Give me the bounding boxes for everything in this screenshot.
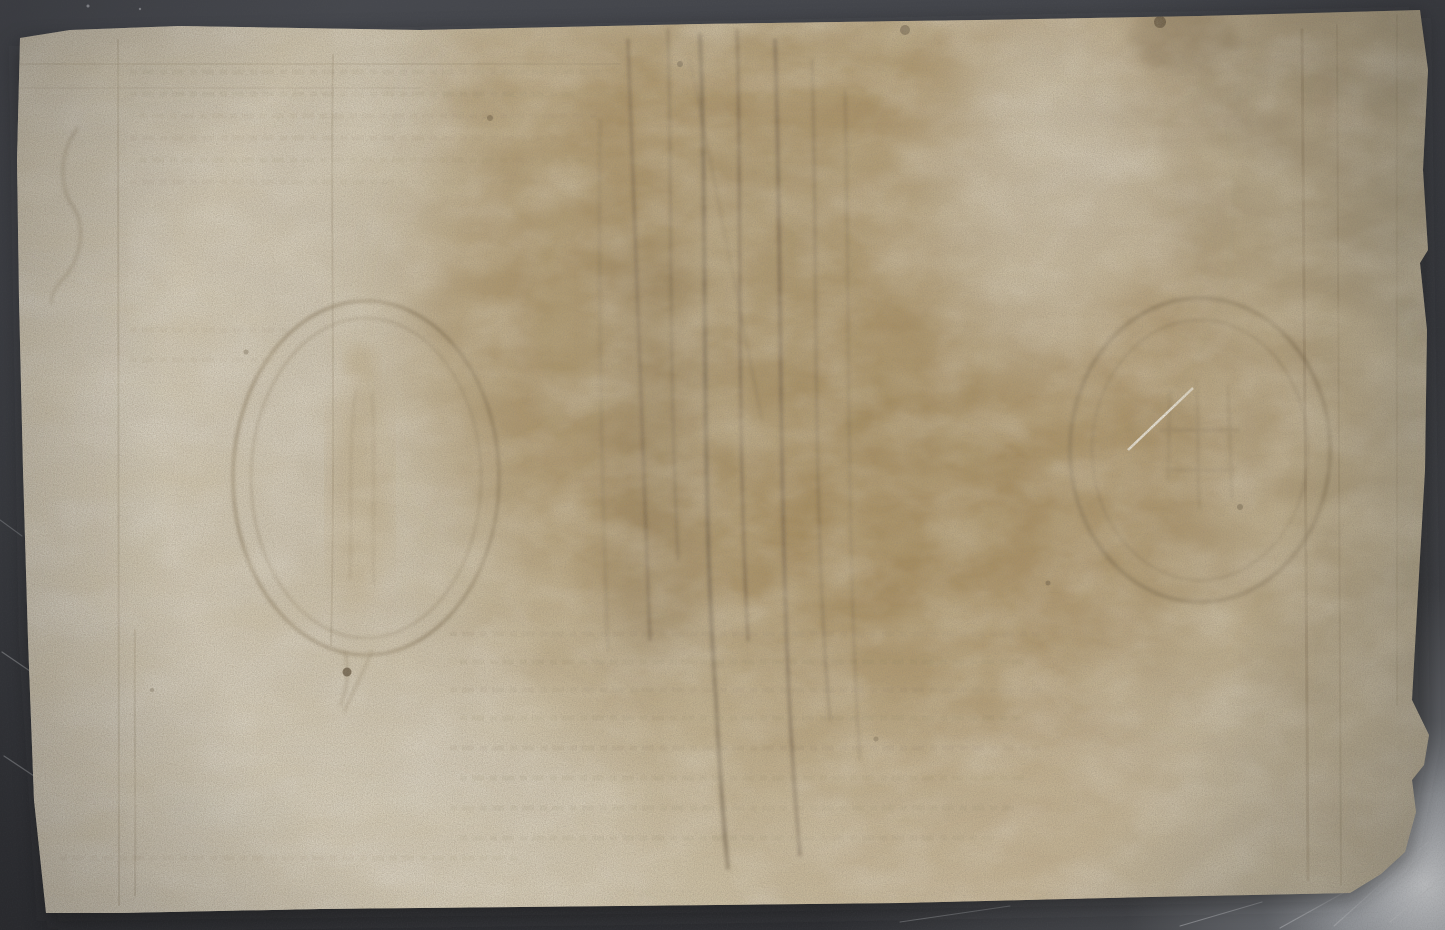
photo-frame <box>0 0 1445 930</box>
photo-vignette <box>0 0 1445 930</box>
scene-svg <box>0 0 1445 930</box>
